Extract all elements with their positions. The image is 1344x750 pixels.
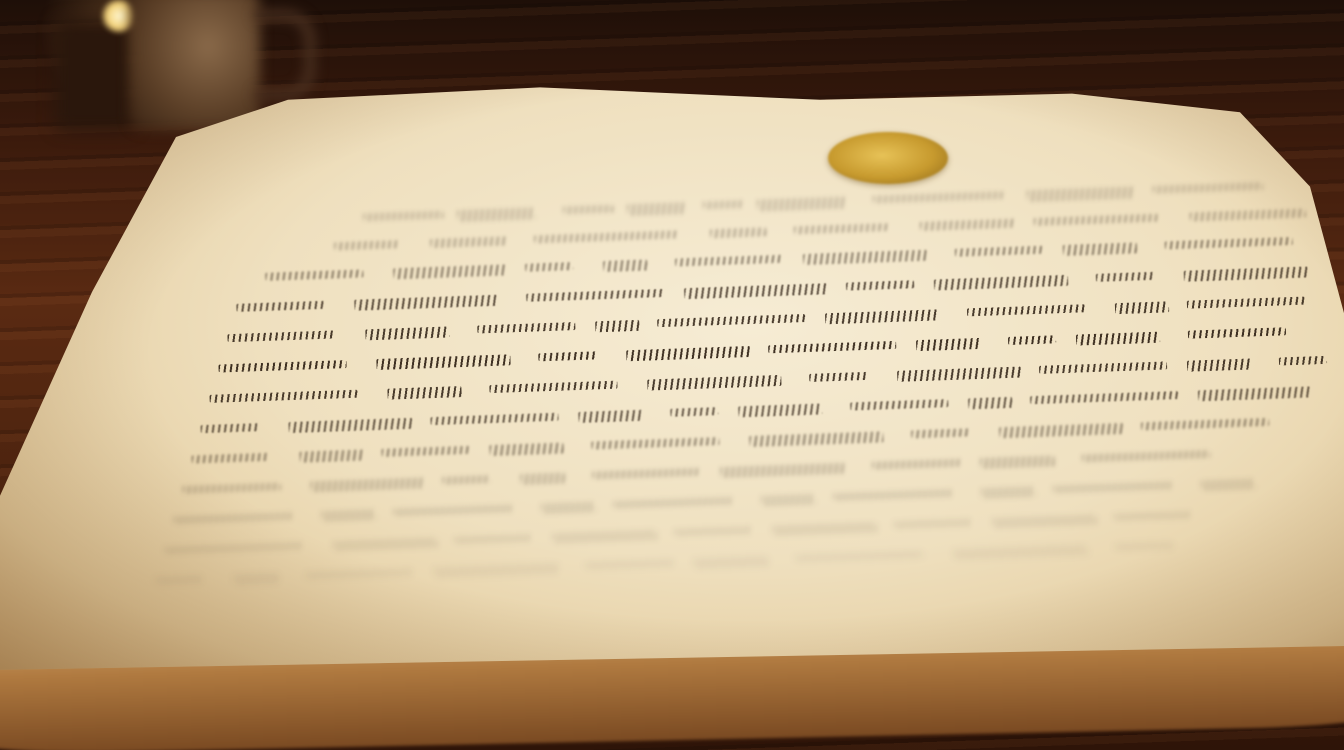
- handwritten-stroke: [657, 314, 805, 327]
- handwritten-stroke: [911, 428, 969, 438]
- handwritten-stroke: [354, 295, 498, 311]
- handwritten-stroke: [967, 304, 1085, 316]
- handwritten-stroke: [455, 534, 533, 545]
- handwritten-stroke: [720, 463, 844, 478]
- handwritten-stroke: [1008, 335, 1056, 345]
- handwritten-stroke: [703, 200, 743, 209]
- handwritten-stroke: [749, 431, 883, 447]
- handwritten-stroke: [768, 341, 896, 353]
- handwritten-stroke: [981, 486, 1035, 499]
- handwritten-stroke: [387, 386, 461, 400]
- handwritten-stroke: [1039, 361, 1167, 373]
- handwritten-stroke: [1279, 356, 1327, 366]
- handwritten-stroke: [603, 260, 647, 273]
- handwritten-stroke: [592, 468, 700, 480]
- handwritten-stroke: [647, 375, 781, 391]
- handwritten-stroke: [442, 475, 490, 485]
- handwritten-stroke: [174, 512, 292, 524]
- handwritten-stroke: [674, 526, 752, 537]
- handwritten-stroke: [538, 351, 596, 361]
- handwritten-stroke: [1115, 301, 1169, 314]
- handwritten-stroke: [1153, 182, 1263, 194]
- handwritten-stroke: [541, 501, 595, 514]
- handwritten-stroke: [591, 437, 719, 449]
- handwritten-stroke: [1187, 358, 1251, 371]
- handwritten-stroke: [999, 423, 1123, 438]
- handwritten-stroke: [1190, 208, 1306, 221]
- handwritten-stroke: [311, 477, 425, 492]
- handwritten-stroke: [457, 207, 535, 222]
- handwritten-stroke: [1198, 386, 1312, 401]
- handwritten-stroke: [192, 453, 270, 464]
- handwritten-stroke: [1115, 541, 1173, 551]
- handwritten-stroke: [710, 227, 766, 238]
- handwritten-stroke: [968, 397, 1012, 410]
- handwritten-stroke: [578, 410, 642, 423]
- handwritten-stroke: [218, 360, 346, 372]
- handwritten-stroke: [434, 563, 558, 578]
- handwritten-stroke: [201, 423, 259, 433]
- handwritten-stroke: [613, 497, 731, 509]
- handwritten-stroke: [365, 326, 449, 340]
- handwritten-stroke: [430, 236, 506, 248]
- handwritten-stroke: [595, 320, 639, 333]
- handwritten-stroke: [757, 197, 845, 212]
- handwritten-stroke: [1034, 214, 1158, 226]
- handwritten-stroke: [873, 191, 1003, 204]
- handwritten-stroke: [670, 407, 718, 417]
- handwritten-stroke: [894, 518, 972, 529]
- handwritten-stroke: [1076, 332, 1160, 346]
- handwritten-stroke: [477, 322, 575, 333]
- handwritten-stroke: [376, 354, 510, 370]
- mug-handle: [255, 10, 315, 100]
- photo-scene: Close-up photograph of an old handwritte…: [0, 0, 1344, 750]
- handwritten-stroke: [1187, 297, 1305, 309]
- handwritten-stroke: [627, 202, 685, 216]
- handwritten-stroke: [227, 330, 335, 342]
- handwritten-stroke: [363, 211, 443, 222]
- handwritten-stroke: [322, 509, 376, 522]
- handwritten-stroke: [1082, 450, 1210, 462]
- handwritten-stroke: [803, 250, 927, 265]
- handwritten-stroke: [1184, 266, 1308, 281]
- handwritten-stroke: [916, 338, 980, 351]
- handwritten-stroke: [394, 504, 512, 516]
- handwriting: [173, 170, 1327, 630]
- handwritten-stroke: [1188, 327, 1286, 338]
- handwritten-stroke: [1201, 478, 1255, 491]
- handwritten-stroke: [897, 367, 1021, 382]
- handwritten-stroke: [393, 264, 507, 279]
- handwritten-stroke: [306, 568, 414, 580]
- handwritten-stroke: [333, 537, 437, 552]
- handwritten-stroke: [738, 403, 822, 417]
- handwritten-stroke: [675, 255, 783, 267]
- handwritten-stroke: [980, 455, 1054, 469]
- handwritten-stroke: [381, 446, 469, 457]
- handwritten-stroke: [795, 550, 923, 562]
- gold-seal: [828, 132, 948, 184]
- handwritten-stroke: [920, 219, 1016, 231]
- handwritten-stroke: [1053, 481, 1171, 493]
- handwritten-stroke: [934, 275, 1068, 291]
- handwritten-stroke: [1063, 242, 1137, 256]
- handwritten-stroke: [183, 482, 281, 493]
- handwritten-stroke: [525, 262, 573, 272]
- handwritten-stroke: [553, 529, 657, 544]
- handwritten-stroke: [761, 494, 815, 507]
- handwritten-stroke: [1165, 237, 1293, 249]
- handwritten-stroke: [872, 459, 960, 470]
- handwritten-stroke: [825, 309, 939, 324]
- handwritten-stroke: [209, 390, 357, 403]
- handwritten-stroke: [794, 223, 888, 234]
- handwritten-stroke: [955, 246, 1043, 257]
- handwritten-stroke: [520, 473, 564, 486]
- handwritten-stroke: [534, 230, 678, 243]
- handwritten-stroke: [489, 381, 617, 393]
- handwritten-stroke: [772, 522, 876, 537]
- handwritten-stroke: [1096, 272, 1154, 282]
- handwritten-stroke: [1114, 511, 1192, 522]
- handwritten-stroke: [236, 301, 324, 312]
- handwritten-stroke: [234, 573, 278, 586]
- handwritten-stroke: [846, 280, 914, 290]
- handwritten-stroke: [809, 372, 867, 382]
- handwritten-stroke: [288, 418, 412, 433]
- handwritten-stroke: [953, 544, 1087, 560]
- handwritten-stroke: [992, 514, 1096, 529]
- mug: [130, 0, 260, 130]
- handwritten-stroke: [693, 555, 767, 569]
- handwritten-stroke: [300, 450, 364, 463]
- handwritten-stroke: [156, 575, 204, 585]
- candle-holder: [55, 20, 135, 130]
- handwritten-stroke: [833, 489, 951, 501]
- handwritten-stroke: [165, 542, 303, 555]
- handwritten-stroke: [489, 443, 563, 457]
- handwritten-stroke: [265, 269, 363, 280]
- handwritten-stroke: [526, 289, 664, 302]
- handwritten-stroke: [1141, 418, 1269, 430]
- handwritten-stroke: [1030, 391, 1178, 404]
- handwritten-stroke: [850, 399, 948, 410]
- handwritten-stroke: [626, 346, 750, 361]
- handwritten-stroke: [1027, 186, 1135, 202]
- handwritten-stroke: [684, 283, 828, 299]
- handwritten-stroke: [586, 559, 674, 570]
- handwritten-stroke: [430, 413, 558, 425]
- handwritten-stroke: [563, 205, 613, 215]
- handwritten-stroke: [334, 240, 398, 250]
